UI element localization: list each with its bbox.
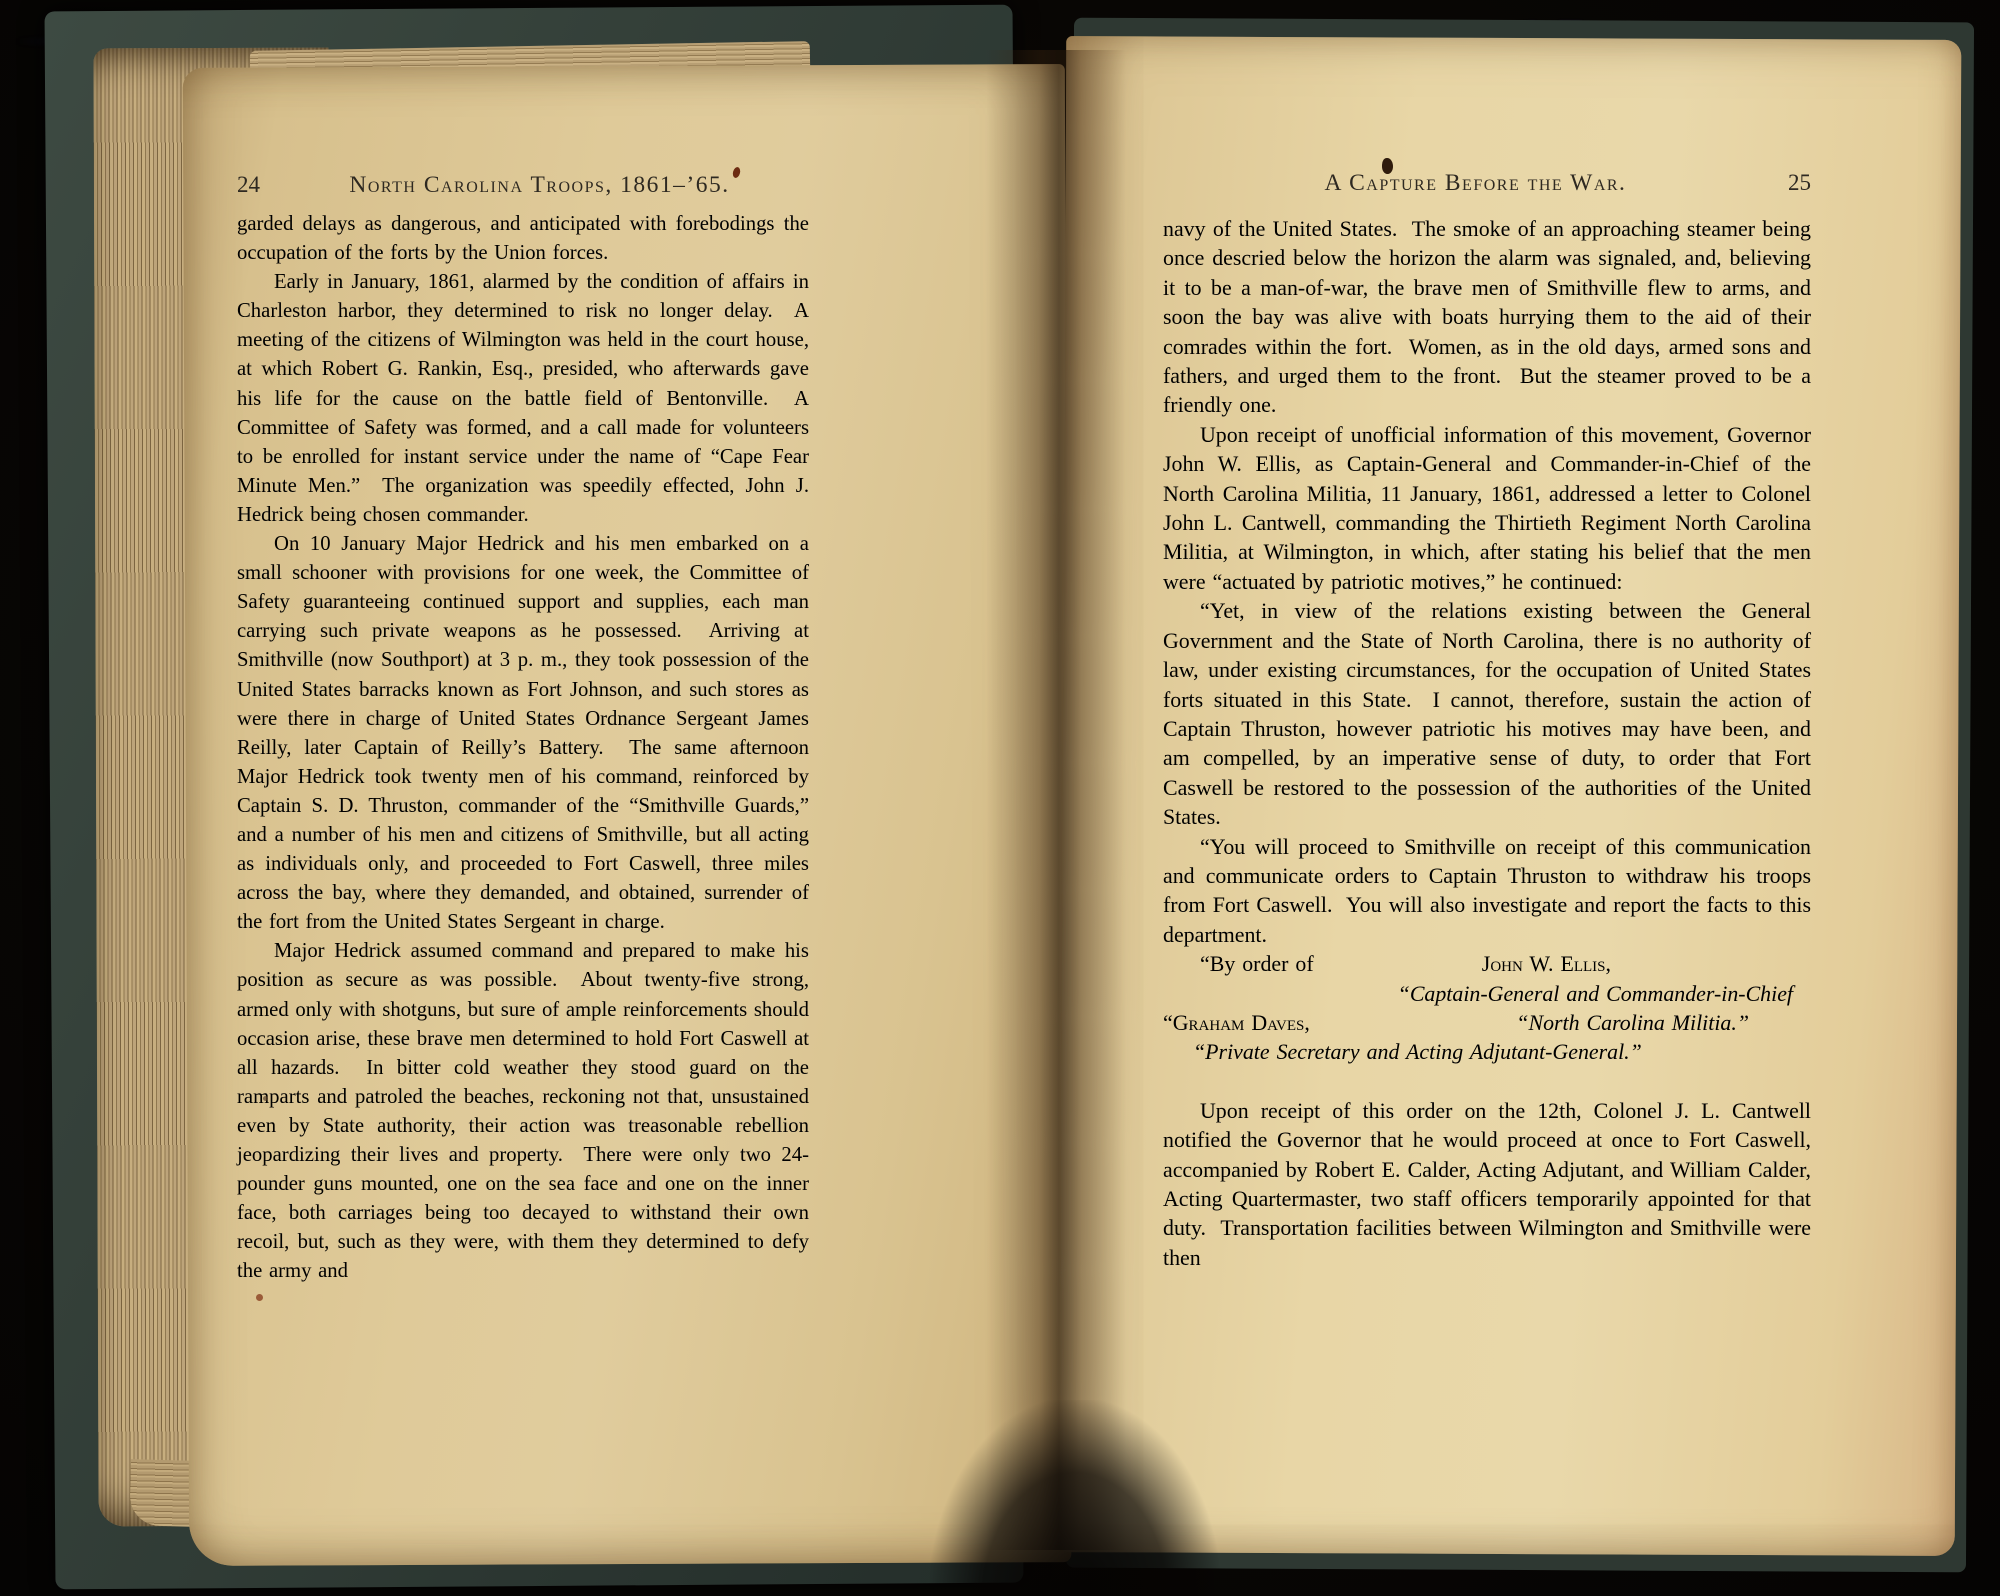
right-running-head: A Capture Before the War. 25 <box>1163 170 1811 197</box>
governor-title-2: “North Carolina Militia.” <box>1516 1008 1749 1037</box>
paragraph: Upon receipt of this order on the 12th, … <box>1163 1096 1811 1272</box>
paragraph: On 10 January Major Hedrick and his men … <box>237 530 809 937</box>
left-running-title: North Carolina Troops, 1861–’65. <box>339 172 729 199</box>
right-page-number: 25 <box>1788 170 1811 196</box>
left-page-number: 24 <box>237 172 260 198</box>
governor-name: John W. Ellis, <box>1482 949 1611 978</box>
paragraph: Early in January, 1861, alarmed by the c… <box>237 268 809 530</box>
signature-line: “Captain-General and Commander-in-Chief <box>1163 979 1811 1008</box>
book-gutter-bottom-shadow <box>930 1400 1220 1596</box>
by-order-label: “By order of <box>1200 949 1314 978</box>
right-page-body: navy of the United States. The smoke of … <box>1163 214 1811 1272</box>
right-running-title: A Capture Before the War. <box>1325 170 1627 197</box>
paragraph: garded delays as dangerous, and anticipa… <box>237 210 809 268</box>
foxing-spot <box>1382 158 1393 174</box>
paragraph: “You will proceed to Smithville on recei… <box>1163 832 1811 950</box>
paragraph: navy of the United States. The smoke of … <box>1163 214 1811 420</box>
left-page-body: garded delays as dangerous, and anticipa… <box>237 210 809 1286</box>
paragraph: “Yet, in view of the relations existing … <box>1163 596 1811 831</box>
paragraph: Upon receipt of unofficial information o… <box>1163 420 1811 596</box>
signature-line: “Private Secretary and Acting Adjutant-G… <box>1163 1037 1811 1066</box>
secretary-name: “Graham Daves, <box>1163 1008 1310 1037</box>
signature-line: “Graham Daves, “North Carolina Militia.” <box>1163 1008 1811 1037</box>
paragraph: Major Hedrick assumed command and prepar… <box>237 937 809 1286</box>
book-gutter-shadow <box>986 50 1126 1550</box>
governor-title: “Captain-General and Commander-in-Chief <box>1398 981 1793 1006</box>
foxing-spot <box>256 1294 263 1301</box>
left-running-head: 24 North Carolina Troops, 1861–’65. <box>237 172 809 199</box>
foxing-spot <box>263 1096 268 1101</box>
secretary-title: “Private Secretary and Acting Adjutant-G… <box>1193 1039 1642 1064</box>
signature-line: “By order of John W. Ellis, <box>1163 949 1811 978</box>
